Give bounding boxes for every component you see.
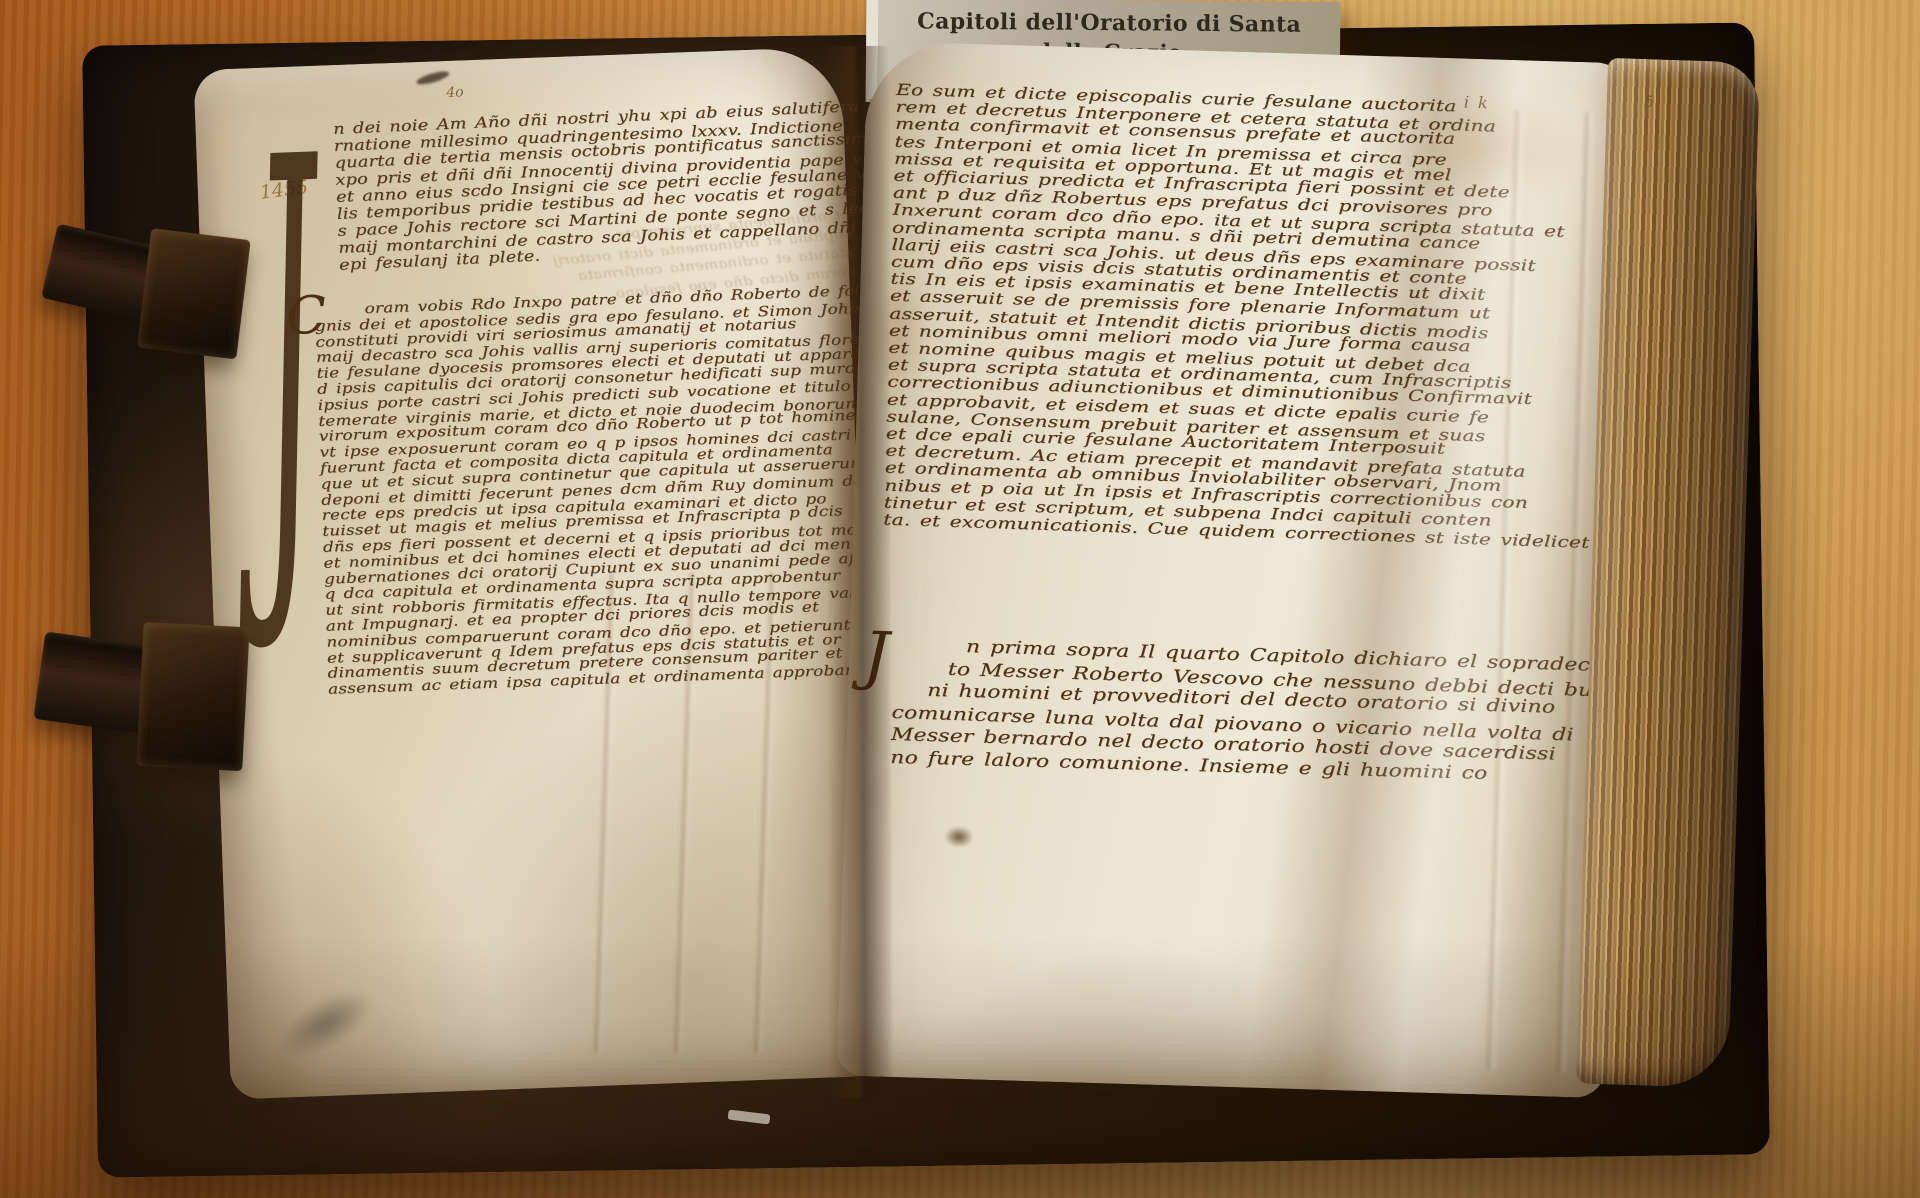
clasp-plate <box>137 228 251 359</box>
metal-clasp-bottom <box>27 596 264 790</box>
left-page-paragraph-1: n dei noie Am Año dñi nostri yhu xpi ab … <box>333 98 859 274</box>
plaque-title-line1: Capitoli dell'Oratorio di Santa <box>878 8 1340 38</box>
manuscript-page-left: et ordinamenta supra scriptacapitula et … <box>193 46 878 1099</box>
left-page-paragraph-2: oram vobis Rdo Inxpo patre et dño dño Ro… <box>314 284 868 698</box>
right-page-paragraph-2: n prima sopra Il quarto Capitolo dichiar… <box>890 634 1584 789</box>
photo-of-open-manuscript-book: Capitoli dell'Oratorio di Santa delle Gr… <box>0 0 1920 1198</box>
clasp-plate <box>136 622 249 771</box>
folio-number: 5 <box>1644 92 1654 111</box>
book-gutter-shadow <box>823 46 895 1098</box>
page-fore-edge-stack <box>1576 58 1760 1088</box>
ink-blot <box>944 825 975 848</box>
ink-stain-bottom-left <box>245 958 405 1090</box>
right-page-paragraph-1: Eo sum et dicte episcopalis curie fesula… <box>883 82 1606 550</box>
manuscript-page-right: ik Eo sum et dicte episcopalis curie fes… <box>837 41 1635 1098</box>
folio-mark-text: 4o <box>446 84 464 101</box>
